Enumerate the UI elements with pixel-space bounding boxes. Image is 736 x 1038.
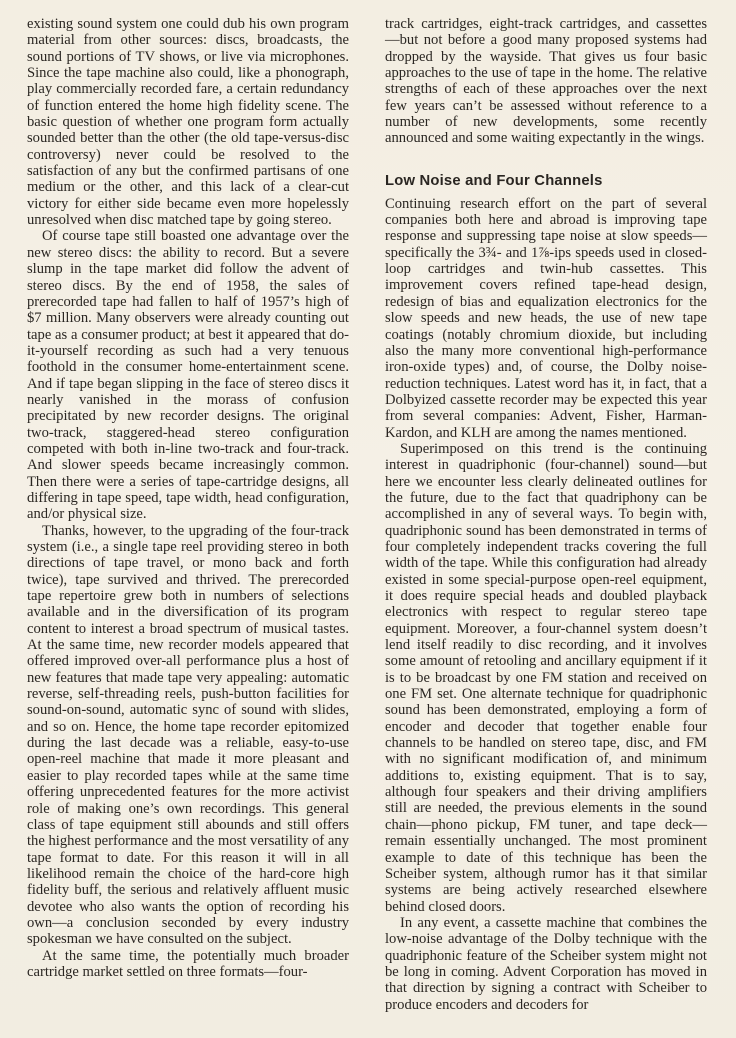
right-column: track cartridges, eight-track cartridges… bbox=[385, 16, 707, 1013]
paragraph: Of course tape still boasted one advanta… bbox=[27, 228, 349, 522]
paragraph: Superimposed on this trend is the contin… bbox=[385, 441, 707, 915]
magazine-page: existing sound system one could dub his … bbox=[0, 0, 736, 1038]
paragraph: In any event, a cassette machine that co… bbox=[385, 915, 707, 1013]
paragraph: existing sound system one could dub his … bbox=[27, 16, 349, 228]
paragraph: Continuing research effort on the part o… bbox=[385, 196, 707, 441]
paragraph: track cartridges, eight-track cartridges… bbox=[385, 16, 707, 147]
paragraph: Thanks, however, to the upgrading of the… bbox=[27, 523, 349, 948]
left-column: existing sound system one could dub his … bbox=[27, 16, 349, 980]
paragraph: At the same time, the potentially much b… bbox=[27, 948, 349, 981]
section-heading: Low Noise and Four Channels bbox=[385, 172, 707, 190]
